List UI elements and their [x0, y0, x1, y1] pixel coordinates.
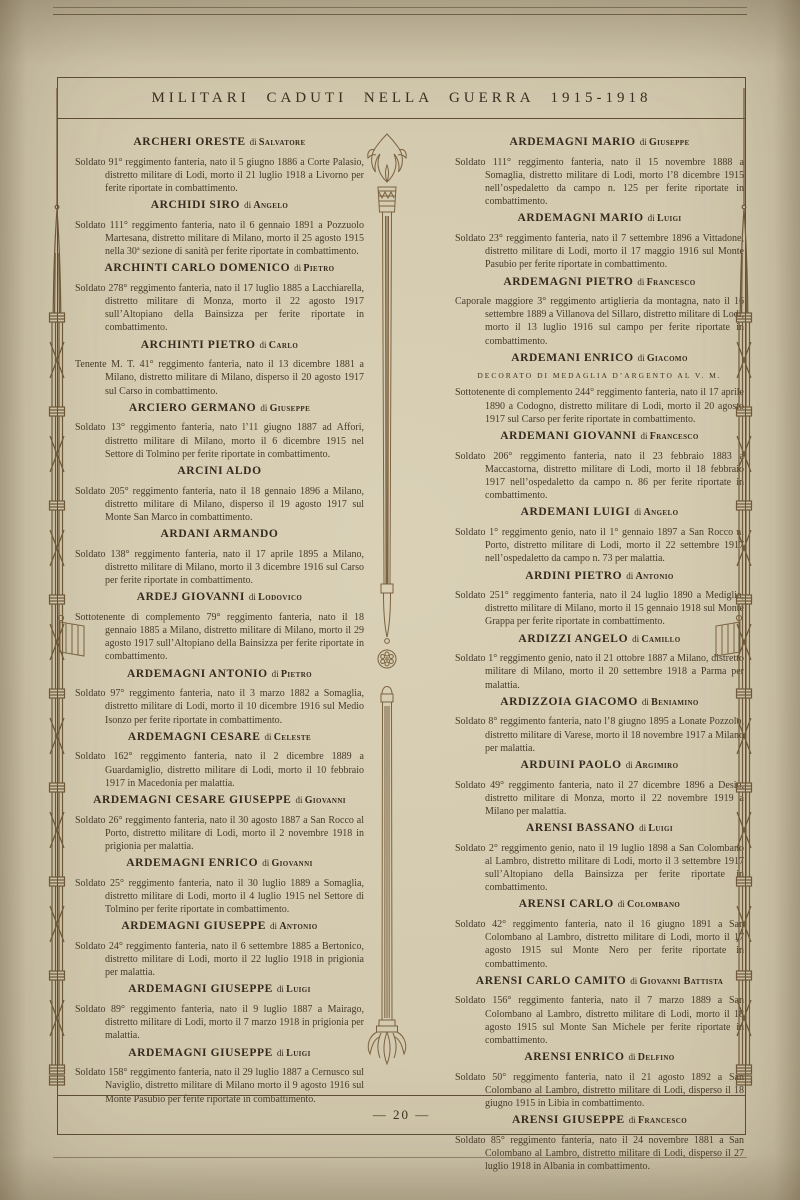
entry-name: ARENSI CARLO CAMITO: [476, 975, 626, 987]
entry-father: Argimiro: [635, 760, 678, 771]
entry-di: di: [629, 1052, 638, 1062]
entry-father: Carlo: [269, 340, 298, 351]
entry-father: Giuseppe: [270, 403, 311, 414]
entry-body: Soldato 91° reggimento fanteria, nato il…: [75, 156, 364, 196]
entry-name: ARDIZZOIA GIACOMO: [500, 696, 638, 708]
entry-name: ARENSI ENRICO: [524, 1051, 624, 1063]
entry-father: Angelo: [253, 200, 288, 211]
soldier-entry: ARDEMAGNI ENRICO di Giovanni Soldato 25°…: [75, 853, 364, 916]
entry-father: Giovanni: [272, 858, 313, 869]
entry-heading: ARDEMAGNI ENRICO di Giovanni: [75, 853, 364, 871]
entry-heading: ARDINI PIETRO di Antonio: [455, 566, 744, 584]
entry-di: di: [260, 340, 269, 350]
entry-father: Giuseppe: [649, 137, 690, 148]
entry-heading: ARDEMAGNI MARIO di Luigi: [455, 208, 744, 226]
entry-body: Soldato 1° reggimento genio, nato il 21 …: [455, 652, 744, 692]
entry-father: Pietro: [303, 263, 334, 274]
entry-heading: ARENSI BASSANO di Luigi: [455, 818, 744, 836]
entry-heading: ARCIERO GERMANO di Giuseppe: [75, 398, 364, 416]
entry-name: ARDINI PIETRO: [525, 570, 622, 582]
entry-name: ARDEMAGNI ANTONIO: [127, 668, 268, 680]
entry-di: di: [630, 976, 639, 986]
entry-father: Colombano: [627, 899, 680, 910]
entry-father: Beniamino: [651, 697, 699, 708]
entry-body: Soldato 49° reggimento fanteria, nato il…: [455, 779, 744, 819]
entry-di: di: [250, 137, 259, 147]
entry-father: Antonio: [635, 571, 673, 582]
entry-name: ARDEMAGNI ENRICO: [126, 857, 258, 869]
soldier-entry: ARDUINI PAOLO di Argimiro Soldato 49° re…: [455, 755, 744, 818]
entry-heading: ARCINI ALDO: [75, 461, 364, 479]
entry-heading: ARDEMAGNI CESARE GIUSEPPE di Giovanni: [75, 790, 364, 808]
entry-body: Soldato 1° reggimento genio, nato il 1° …: [455, 526, 744, 566]
entry-father: Luigi: [286, 984, 311, 995]
entry-name: ARDIZZI ANGELO: [518, 633, 628, 645]
entry-heading: ARDEMAGNI GIUSEPPE di Antonio: [75, 916, 364, 934]
entry-di: di: [640, 137, 649, 147]
entry-heading: ARDEMANI GIOVANNI di Francesco: [455, 426, 744, 444]
entry-name: ARDEMAGNI CESARE GIUSEPPE: [93, 794, 291, 806]
entry-name: ARDEMANI GIOVANNI: [500, 430, 636, 442]
entry-name: ARDEMAGNI MARIO: [509, 136, 635, 148]
entry-name: ARDEMAGNI PIETRO: [503, 276, 633, 288]
entry-father: Francesco: [647, 277, 696, 288]
entry-body: Soldato 97° reggimento fanteria, nato il…: [75, 687, 364, 727]
entry-body: Sottotenente di complemento 244° reggime…: [455, 386, 744, 426]
entry-heading: ARDEMAGNI PIETRO di Francesco: [455, 272, 744, 290]
entry-heading: ARCHINTI CARLO DOMENICO di Pietro: [75, 258, 364, 276]
soldier-entry: ARCHINTI CARLO DOMENICO di Pietro Soldat…: [75, 258, 364, 334]
entry-name: ARDEMAGNI GIUSEPPE: [128, 1047, 273, 1059]
soldier-entry: ARDANI ARMANDO Soldato 138° reggimento f…: [75, 524, 364, 587]
entry-father: Angelo: [644, 507, 679, 518]
entry-name: ARDEJ GIOVANNI: [137, 591, 245, 603]
entry-body: Soldato 111° reggimento fanteria, nato i…: [455, 156, 744, 209]
entry-body: Soldato 26° reggimento fanteria, nato il…: [75, 814, 364, 854]
entry-body: Soldato 25° reggimento fanteria, nato il…: [75, 877, 364, 917]
entry-name: ARCHINTI PIETRO: [141, 339, 256, 351]
entry-di: di: [640, 431, 649, 441]
entry-body: Soldato 251° reggimento fanteria, nato i…: [455, 589, 744, 629]
entry-heading: ARDIZZOIA GIACOMO di Beniamino: [455, 692, 744, 710]
entry-body: Soldato 2° reggimento genio, nato il 19 …: [455, 842, 744, 895]
entry-heading: ARDEMAGNI ANTONIO di Pietro: [75, 664, 364, 682]
entry-body: Soldato 24° reggimento fanteria, nato il…: [75, 940, 364, 980]
entry-heading: ARDANI ARMANDO: [75, 524, 364, 542]
entry-heading: ARDEJ GIOVANNI di Lodovico: [75, 587, 364, 605]
entry-di: di: [639, 823, 648, 833]
soldier-entry: ARDEMAGNI CESARE di Celeste Soldato 162°…: [75, 727, 364, 790]
soldier-entry: ARDEMANI GIOVANNI di Francesco Soldato 2…: [455, 426, 744, 502]
soldier-entry: ARDEMANI ENRICO di Giacomo DECORATO DI M…: [455, 348, 744, 426]
entry-di: di: [648, 213, 657, 223]
soldier-entry: ARCHERI ORESTE di Salvatore Soldato 91° …: [75, 132, 364, 195]
soldier-entry: ARDIZZI ANGELO di Camillo Soldato 1° reg…: [455, 629, 744, 692]
soldier-entry: ARCINI ALDO Soldato 205° reggimento fant…: [75, 461, 364, 524]
entry-di: di: [244, 200, 253, 210]
soldier-entry: ARDEMAGNI MARIO di Giuseppe Soldato 111°…: [455, 132, 744, 208]
entry-body: Soldato 205° reggimento fanteria, nato i…: [75, 485, 364, 525]
soldier-entry: ARDEMAGNI ANTONIO di Pietro Soldato 97° …: [75, 664, 364, 727]
soldier-entry: ARDEMAGNI CESARE GIUSEPPE di Giovanni So…: [75, 790, 364, 853]
entry-body: Soldato 138° reggimento fanteria, nato i…: [75, 548, 364, 588]
soldier-entry: ARCHINTI PIETRO di Carlo Tenente M. T. 4…: [75, 335, 364, 398]
entry-di: di: [272, 669, 281, 679]
entry-di: di: [249, 592, 258, 602]
entry-di: di: [618, 899, 627, 909]
book-page-edge-line: [53, 7, 747, 8]
soldier-entry: ARDEMAGNI GIUSEPPE di Luigi Soldato 89° …: [75, 979, 364, 1042]
soldier-entry: ARDEMAGNI MARIO di Luigi Soldato 23° reg…: [455, 208, 744, 271]
title-band: MILITARI CADUTI NELLA GUERRA 1915-1918: [58, 78, 745, 119]
entry-decoration-note: DECORATO DI MEDAGLIA D’ARGENTO AL V. M.: [455, 371, 744, 380]
entry-father: Francesco: [650, 431, 699, 442]
soldier-entry: ARDEJ GIOVANNI di Lodovico Sottotenente …: [75, 587, 364, 663]
soldier-entry: ARDEMANI LUIGI di Angelo Soldato 1° regg…: [455, 502, 744, 565]
entry-name: ARENSI CARLO: [519, 898, 614, 910]
entry-di: di: [262, 858, 271, 868]
entry-name: ARDEMAGNI MARIO: [517, 212, 643, 224]
entry-heading: ARDUINI PAOLO di Argimiro: [455, 755, 744, 773]
entry-name: ARCHERI ORESTE: [133, 136, 245, 148]
entry-heading: ARENSI ENRICO di Delfino: [455, 1047, 744, 1065]
page-title: MILITARI CADUTI NELLA GUERRA 1915-1918: [151, 90, 651, 107]
entry-father: Giovanni Battista: [640, 976, 724, 987]
entry-father: Salvatore: [259, 137, 306, 148]
entry-heading: ARDEMAGNI CESARE di Celeste: [75, 727, 364, 745]
entry-di: di: [642, 697, 651, 707]
entry-heading: ARDEMANI LUIGI di Angelo: [455, 502, 744, 520]
footer-band: — 20 —: [58, 1095, 745, 1134]
entry-father: Giovanni: [305, 795, 346, 806]
entry-heading: ARENSI CARLO CAMITO di Giovanni Battista: [455, 971, 744, 989]
entry-name: ARDANI ARMANDO: [161, 528, 279, 540]
entry-heading: ARDEMAGNI MARIO di Giuseppe: [455, 132, 744, 150]
entry-father: Delfino: [638, 1052, 675, 1063]
entry-di: di: [270, 921, 279, 931]
entry-heading: ARENSI CARLO di Colombano: [455, 894, 744, 912]
entry-di: di: [626, 760, 635, 770]
entry-di: di: [632, 634, 641, 644]
column-right: ARDEMAGNI MARIO di Giuseppe Soldato 111°…: [455, 132, 744, 1082]
entry-body: Sottotenente di complemento 79° reggimen…: [75, 611, 364, 664]
entry-name: ARDUINI PAOLO: [521, 759, 622, 771]
soldier-entry: ARENSI BASSANO di Luigi Soldato 2° reggi…: [455, 818, 744, 894]
entry-father: Camillo: [641, 634, 680, 645]
page-frame: MILITARI CADUTI NELLA GUERRA 1915-1918 A…: [57, 77, 746, 1135]
soldier-entry: ARENSI CARLO di Colombano Soldato 42° re…: [455, 894, 744, 970]
entry-name: ARCHIDI SIRO: [151, 199, 240, 211]
entry-name: ARCINI ALDO: [177, 465, 261, 477]
entry-body: Soldato 111° reggimento fanteria, nato i…: [75, 219, 364, 259]
soldier-entry: ARENSI CARLO CAMITO di Giovanni Battista…: [455, 971, 744, 1047]
entry-di: di: [265, 732, 274, 742]
entry-di: di: [260, 403, 269, 413]
entry-body: Soldato 85° reggimento fanteria, nato il…: [455, 1134, 744, 1174]
entry-name: ARDEMANI LUIGI: [521, 506, 631, 518]
entry-heading: ARDEMANI ENRICO di Giacomo: [455, 348, 744, 366]
page-number: — 20 —: [373, 1107, 431, 1123]
entry-body: Soldato 278° reggimento fanteria, nato i…: [75, 282, 364, 335]
entry-father: Pietro: [281, 669, 312, 680]
entry-di: di: [277, 1048, 286, 1058]
entry-body: Soldato 162° reggimento fanteria, nato i…: [75, 750, 364, 790]
entry-body: Soldato 89° reggimento fanteria, nato il…: [75, 1003, 364, 1043]
column-left: ARCHERI ORESTE di Salvatore Soldato 91° …: [75, 132, 364, 1082]
page-content: ARCHERI ORESTE di Salvatore Soldato 91° …: [58, 118, 745, 1096]
entry-father: Lodovico: [258, 592, 302, 603]
entry-di: di: [634, 507, 643, 517]
book-page-edge-line: [53, 14, 747, 15]
entry-body: Soldato 42° reggimento fanteria, nato il…: [455, 918, 744, 971]
soldier-entry: ARDEMAGNI PIETRO di Francesco Caporale m…: [455, 272, 744, 348]
entry-father: Antonio: [279, 921, 317, 932]
entry-name: ARDEMAGNI CESARE: [128, 731, 261, 743]
entry-father: Luigi: [648, 823, 673, 834]
entry-di: di: [637, 277, 646, 287]
entry-name: ARDEMAGNI GIUSEPPE: [128, 983, 273, 995]
entry-body: Soldato 156° reggimento fanteria, nato i…: [455, 994, 744, 1047]
entry-father: Giacomo: [647, 353, 688, 364]
entry-body: Tenente M. T. 41° reggimento fanteria, n…: [75, 358, 364, 398]
entry-father: Luigi: [286, 1048, 311, 1059]
soldier-entry: ARCIERO GERMANO di Giuseppe Soldato 13° …: [75, 398, 364, 461]
entry-heading: ARCHINTI PIETRO di Carlo: [75, 335, 364, 353]
entry-di: di: [277, 984, 286, 994]
entry-name: ARENSI BASSANO: [526, 822, 635, 834]
entry-heading: ARDEMAGNI GIUSEPPE di Luigi: [75, 1043, 364, 1061]
entry-name: ARCIERO GERMANO: [129, 402, 257, 414]
entry-di: di: [295, 795, 304, 805]
soldier-entry: ARDIZZOIA GIACOMO di Beniamino Soldato 8…: [455, 692, 744, 755]
entry-heading: ARDEMAGNI GIUSEPPE di Luigi: [75, 979, 364, 997]
entry-body: Soldato 13° reggimento fanteria, nato l’…: [75, 421, 364, 461]
entry-di: di: [638, 353, 647, 363]
soldier-entry: ARDINI PIETRO di Antonio Soldato 251° re…: [455, 566, 744, 629]
entry-name: ARCHINTI CARLO DOMENICO: [104, 262, 290, 274]
entry-body: Soldato 206° reggimento fanteria, nato i…: [455, 450, 744, 503]
entry-father: Luigi: [657, 213, 682, 224]
entry-heading: ARDIZZI ANGELO di Camillo: [455, 629, 744, 647]
entry-heading: ARCHIDI SIRO di Angelo: [75, 195, 364, 213]
entry-body: Soldato 23° reggimento fanteria, nato il…: [455, 232, 744, 272]
entry-heading: ARCHERI ORESTE di Salvatore: [75, 132, 364, 150]
soldier-entry: ARCHIDI SIRO di Angelo Soldato 111° regg…: [75, 195, 364, 258]
entry-body: Caporale maggiore 3° reggimento artiglie…: [455, 295, 744, 348]
entry-name: ARDEMANI ENRICO: [511, 352, 633, 364]
entry-father: Celeste: [274, 732, 311, 743]
entry-name: ARDEMAGNI GIUSEPPE: [121, 920, 266, 932]
soldier-entry: ARDEMAGNI GIUSEPPE di Antonio Soldato 24…: [75, 916, 364, 979]
entry-body: Soldato 8° reggimento fanteria, nato l’8…: [455, 715, 744, 755]
